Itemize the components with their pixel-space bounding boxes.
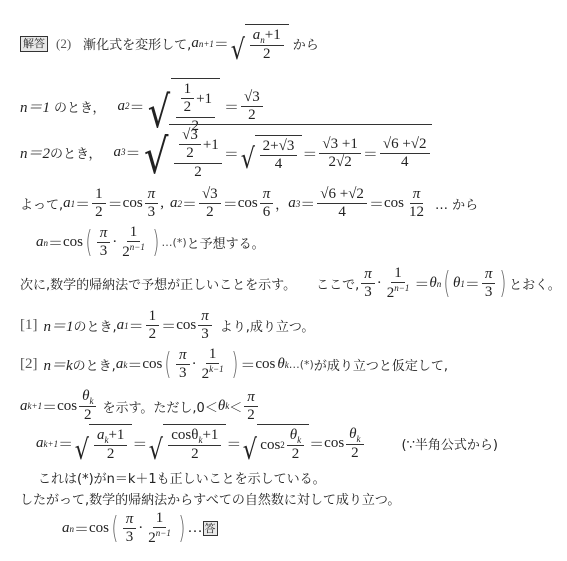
header-line: 解答 (2) 漸化式を変形して, an+1 ＝ √ an+12 から: [20, 24, 319, 64]
summary-line: よって, a1＝ 12 ＝cos π3 , a2＝ √32 ＝cos π6 ， …: [20, 186, 478, 222]
answer-badge: 答: [203, 521, 218, 536]
case-n2-label: のとき，: [50, 143, 101, 162]
star-marker: …(*): [162, 236, 187, 249]
case-n1-condition: n＝1: [20, 96, 50, 117]
conjecture-line: an＝cos ( π3 · 12n−1 ) …(*) と予想する。: [36, 224, 265, 262]
step1-label: [1]: [20, 317, 38, 334]
step2-label: [2]: [20, 356, 38, 373]
recurrence-lhs-sub: n+1: [199, 39, 214, 49]
step2-line: [2] n＝k のとき, ak＝cos ( π3 · 12k−1 ) ＝cosθ…: [20, 346, 448, 384]
derivation-line: ak+1＝ √ak+12 ＝ √cosθk+12 ＝ √cos2θk2 ＝cos…: [36, 424, 498, 464]
problem-number: (2): [56, 36, 71, 52]
conclusion-line-1: これは(*)がn＝k＋1も正しいことを示している。: [38, 468, 326, 487]
conclusion-line-2: したがって,数学的帰納法からすべての自然数に対して成り立つ。: [20, 489, 400, 508]
step1-suffix: より,成り立つ。: [220, 316, 315, 335]
step2-suffix: が成り立つと仮定して,: [314, 355, 448, 374]
recurrence-sqrt: √ an+12: [229, 24, 289, 64]
summary-prefix: よって,: [20, 194, 63, 213]
goal-text: を示す。ただし,0＜: [102, 397, 217, 416]
induction-intro-text: 次に,数学的帰納法で予想が正しいことを示す。: [20, 274, 296, 293]
case-n1-label: のとき，: [54, 97, 105, 116]
from-text: から: [293, 34, 319, 53]
answer-label-badge: 解答: [20, 36, 48, 52]
induction-intro-suffix: とおく。: [509, 274, 561, 293]
induction-intro-line: 次に,数学的帰納法で予想が正しいことを示す。 ここで, π3 · 12n−1 ＝…: [20, 265, 561, 303]
case-n2-sqrt: √ √32+1 2 ＝ √2+√34 ＝ √3 +12√2 ＝ √6 +√24: [141, 124, 432, 181]
recurrence-lhs: a: [191, 35, 199, 52]
conjecture-text: と予想する。: [187, 233, 265, 252]
final-answer-line: an＝cos ( π3 · 12n−1 ) … 答: [62, 510, 218, 548]
case-n2-line: n＝2 のとき， a3＝ √ √32+1 2 ＝ √2+√34 ＝ √3 +12…: [20, 124, 432, 181]
step1-line: [1] n＝1 のとき, a1＝ 12 ＝cos π3 より,成り立つ。: [20, 308, 314, 344]
summary-suffix: … から: [435, 194, 478, 213]
case-n2-condition: n＝2: [20, 142, 50, 163]
goal-line: ak+1＝cos θk2 を示す。ただし,0＜ θk＜ π2: [20, 388, 260, 425]
intro-text: 漸化式を変形して,: [83, 34, 191, 53]
half-angle-note: (∵半角公式から): [402, 434, 498, 453]
